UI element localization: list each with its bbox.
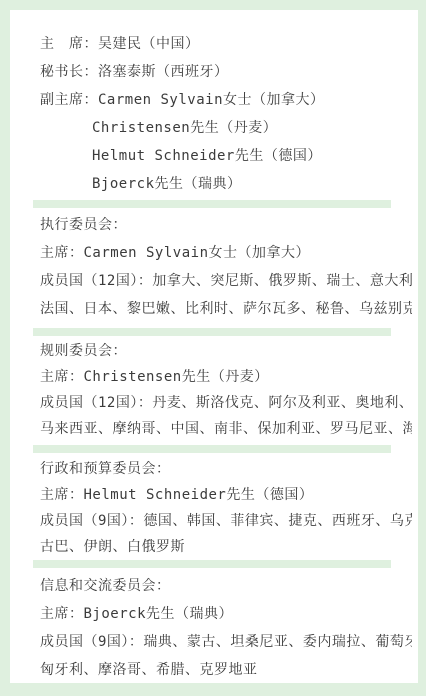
section-divider <box>33 445 391 453</box>
document-page: 主 席：吴建民（中国） 秘书长：洛塞泰斯（西班牙） 副主席：Carmen Syl… <box>0 0 426 696</box>
section-executive-committee: 执行委员会： 主席：Carmen Sylvain女士（加拿大） 成员国（12国）… <box>10 208 418 328</box>
section-leadership: 主 席：吴建民（中国） 秘书长：洛塞泰斯（西班牙） 副主席：Carmen Syl… <box>10 10 418 200</box>
section-info-communication-committee: 信息和交流委员会： 主席：Bjoerck先生（瑞典） 成员国（9国）：瑞典、蒙古… <box>10 568 418 684</box>
section-divider <box>33 200 391 208</box>
text-line-members-1: 成员国（9国）：德国、韩国、菲律宾、捷克、西班牙、乌克兰、 <box>40 508 412 534</box>
text-line-members-1: 成员国（12国）：加拿大、突尼斯、俄罗斯、瑞士、意大利、 <box>40 267 412 295</box>
text-line-members-2: 法国、日本、黎巴嫩、比利时、萨尔瓦多、秘鲁、乌兹别克斯坦 <box>40 295 412 323</box>
text-line-vice-chair-2: Christensen先生（丹麦） <box>40 114 412 142</box>
text-line-committee-title: 执行委员会： <box>40 211 412 239</box>
text-line-committee-title: 信息和交流委员会： <box>40 572 412 600</box>
text-line-secretary-general: 秘书长：洛塞泰斯（西班牙） <box>40 58 412 86</box>
text-line-members-2: 马来西亚、摩纳哥、中国、南非、保加利亚、罗马尼亚、海地 <box>40 416 412 442</box>
text-line-members-2: 古巴、伊朗、白俄罗斯 <box>40 534 412 560</box>
section-rules-committee: 规则委员会： 主席：Christensen先生（丹麦） 成员国（12国）：丹麦、… <box>10 336 418 445</box>
text-line-chairman: 主 席：吴建民（中国） <box>40 30 412 58</box>
section-divider <box>33 560 391 568</box>
text-line-vice-chair-3: Helmut Schneider先生（德国） <box>40 142 412 170</box>
text-line-committee-chair: 主席：Christensen先生（丹麦） <box>40 364 412 390</box>
text-line-members-2: 匈牙利、摩洛哥、希腊、克罗地亚 <box>40 656 412 684</box>
section-admin-budget-committee: 行政和预算委员会： 主席：Helmut Schneider先生（德国） 成员国（… <box>10 453 418 560</box>
section-divider <box>33 328 391 336</box>
text-line-committee-chair: 主席：Bjoerck先生（瑞典） <box>40 600 412 628</box>
text-line-vice-chair-1: 副主席：Carmen Sylvain女士（加拿大） <box>40 86 412 114</box>
text-line-committee-title: 规则委员会： <box>40 338 412 364</box>
text-line-committee-title: 行政和预算委员会： <box>40 456 412 482</box>
text-line-vice-chair-4: Bjoerck先生（瑞典） <box>40 170 412 198</box>
text-line-members-1: 成员国（9国）：瑞典、蒙古、坦桑尼亚、委内瑞拉、葡萄牙、 <box>40 628 412 656</box>
text-line-members-1: 成员国（12国）：丹麦、斯洛伐克、阿尔及利亚、奥地利、芬兰、 <box>40 390 412 416</box>
text-line-committee-chair: 主席：Carmen Sylvain女士（加拿大） <box>40 239 412 267</box>
text-line-committee-chair: 主席：Helmut Schneider先生（德国） <box>40 482 412 508</box>
